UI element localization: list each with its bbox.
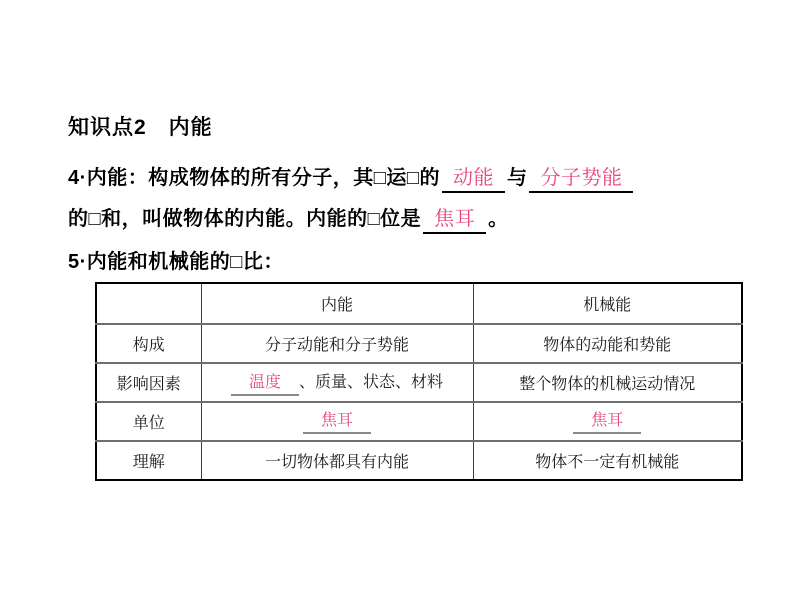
cell-jixieneng-yinsu: 整个物体的机械运动情况 (473, 363, 742, 402)
table-header-row: 内能 机械能 (96, 283, 742, 324)
answer-blank-jiaoer-2: 焦耳 (573, 410, 641, 434)
item-4-answer-blank-1: 动能 (442, 165, 505, 193)
row-label: 构成 (96, 324, 201, 363)
answer-blank-jiaoer-1: 焦耳 (303, 410, 371, 434)
section-title: 知识点2 内能 (68, 111, 213, 141)
row-label: 单位 (96, 402, 201, 441)
table-row-goucheng: 构成 分子动能和分子势能 物体的动能和势能 (96, 324, 742, 363)
cell-jixieneng-lijie: 物体不一定有机械能 (473, 441, 742, 480)
table-row-lijie: 理解 一切物体都具有内能 物体不一定有机械能 (96, 441, 742, 480)
cell-jixieneng-danwei: 焦耳 (473, 402, 742, 441)
row-label: 影响因素 (96, 363, 201, 402)
header-cell-empty (96, 283, 201, 324)
item-4-answer-blank-3: 焦耳 (423, 206, 486, 234)
item-5: 5·内能和机械能的□比： (68, 245, 284, 274)
cell-neineng-yinsu-rest: 、质量、状态、材料 (299, 374, 443, 391)
header-cell-jixieneng: 机械能 (473, 283, 742, 324)
header-cell-neineng: 内能 (201, 283, 473, 324)
item-4-period: 。 (488, 208, 509, 230)
cell-neineng-yinsu: 温度、质量、状态、材料 (201, 363, 473, 402)
cell-neineng-danwei: 焦耳 (201, 402, 473, 441)
item-4-line-1: 4·内能：构成物体的所有分子，其□运□的动能与分子势能 (68, 158, 635, 199)
item-4-line-2: 的□和，叫做物体的内能。内能的□位是焦耳。 (68, 199, 635, 240)
item-4-text-line2: 的□和，叫做物体的内能。内能的□位是 (68, 208, 421, 230)
courseware-slide: 知识点2 内能 4·内能：构成物体的所有分子，其□运□的动能与分子势能 的□和，… (0, 0, 800, 600)
item-4-answer-blank-2: 分子势能 (529, 165, 633, 193)
cell-jixieneng-goucheng: 物体的动能和势能 (473, 324, 742, 363)
item-4-connector: 与 (507, 167, 528, 189)
answer-blank-wendu: 温度 (231, 372, 299, 396)
table-row-yingxiangyinsu: 影响因素 温度、质量、状态、材料 整个物体的机械运动情况 (96, 363, 742, 402)
row-label: 理解 (96, 441, 201, 480)
item-4-text-pre: 4·内能：构成物体的所有分子，其□运□的 (68, 167, 440, 189)
cell-neineng-goucheng: 分子动能和分子势能 (201, 324, 473, 363)
cell-neineng-lijie: 一切物体都具有内能 (201, 441, 473, 480)
item-4: 4·内能：构成物体的所有分子，其□运□的动能与分子势能 的□和，叫做物体的内能。… (68, 158, 635, 240)
table-row-danwei: 单位 焦耳 焦耳 (96, 402, 742, 441)
comparison-table: 内能 机械能 构成 分子动能和分子势能 物体的动能和势能 影响因素 温度、质量、… (95, 282, 743, 481)
